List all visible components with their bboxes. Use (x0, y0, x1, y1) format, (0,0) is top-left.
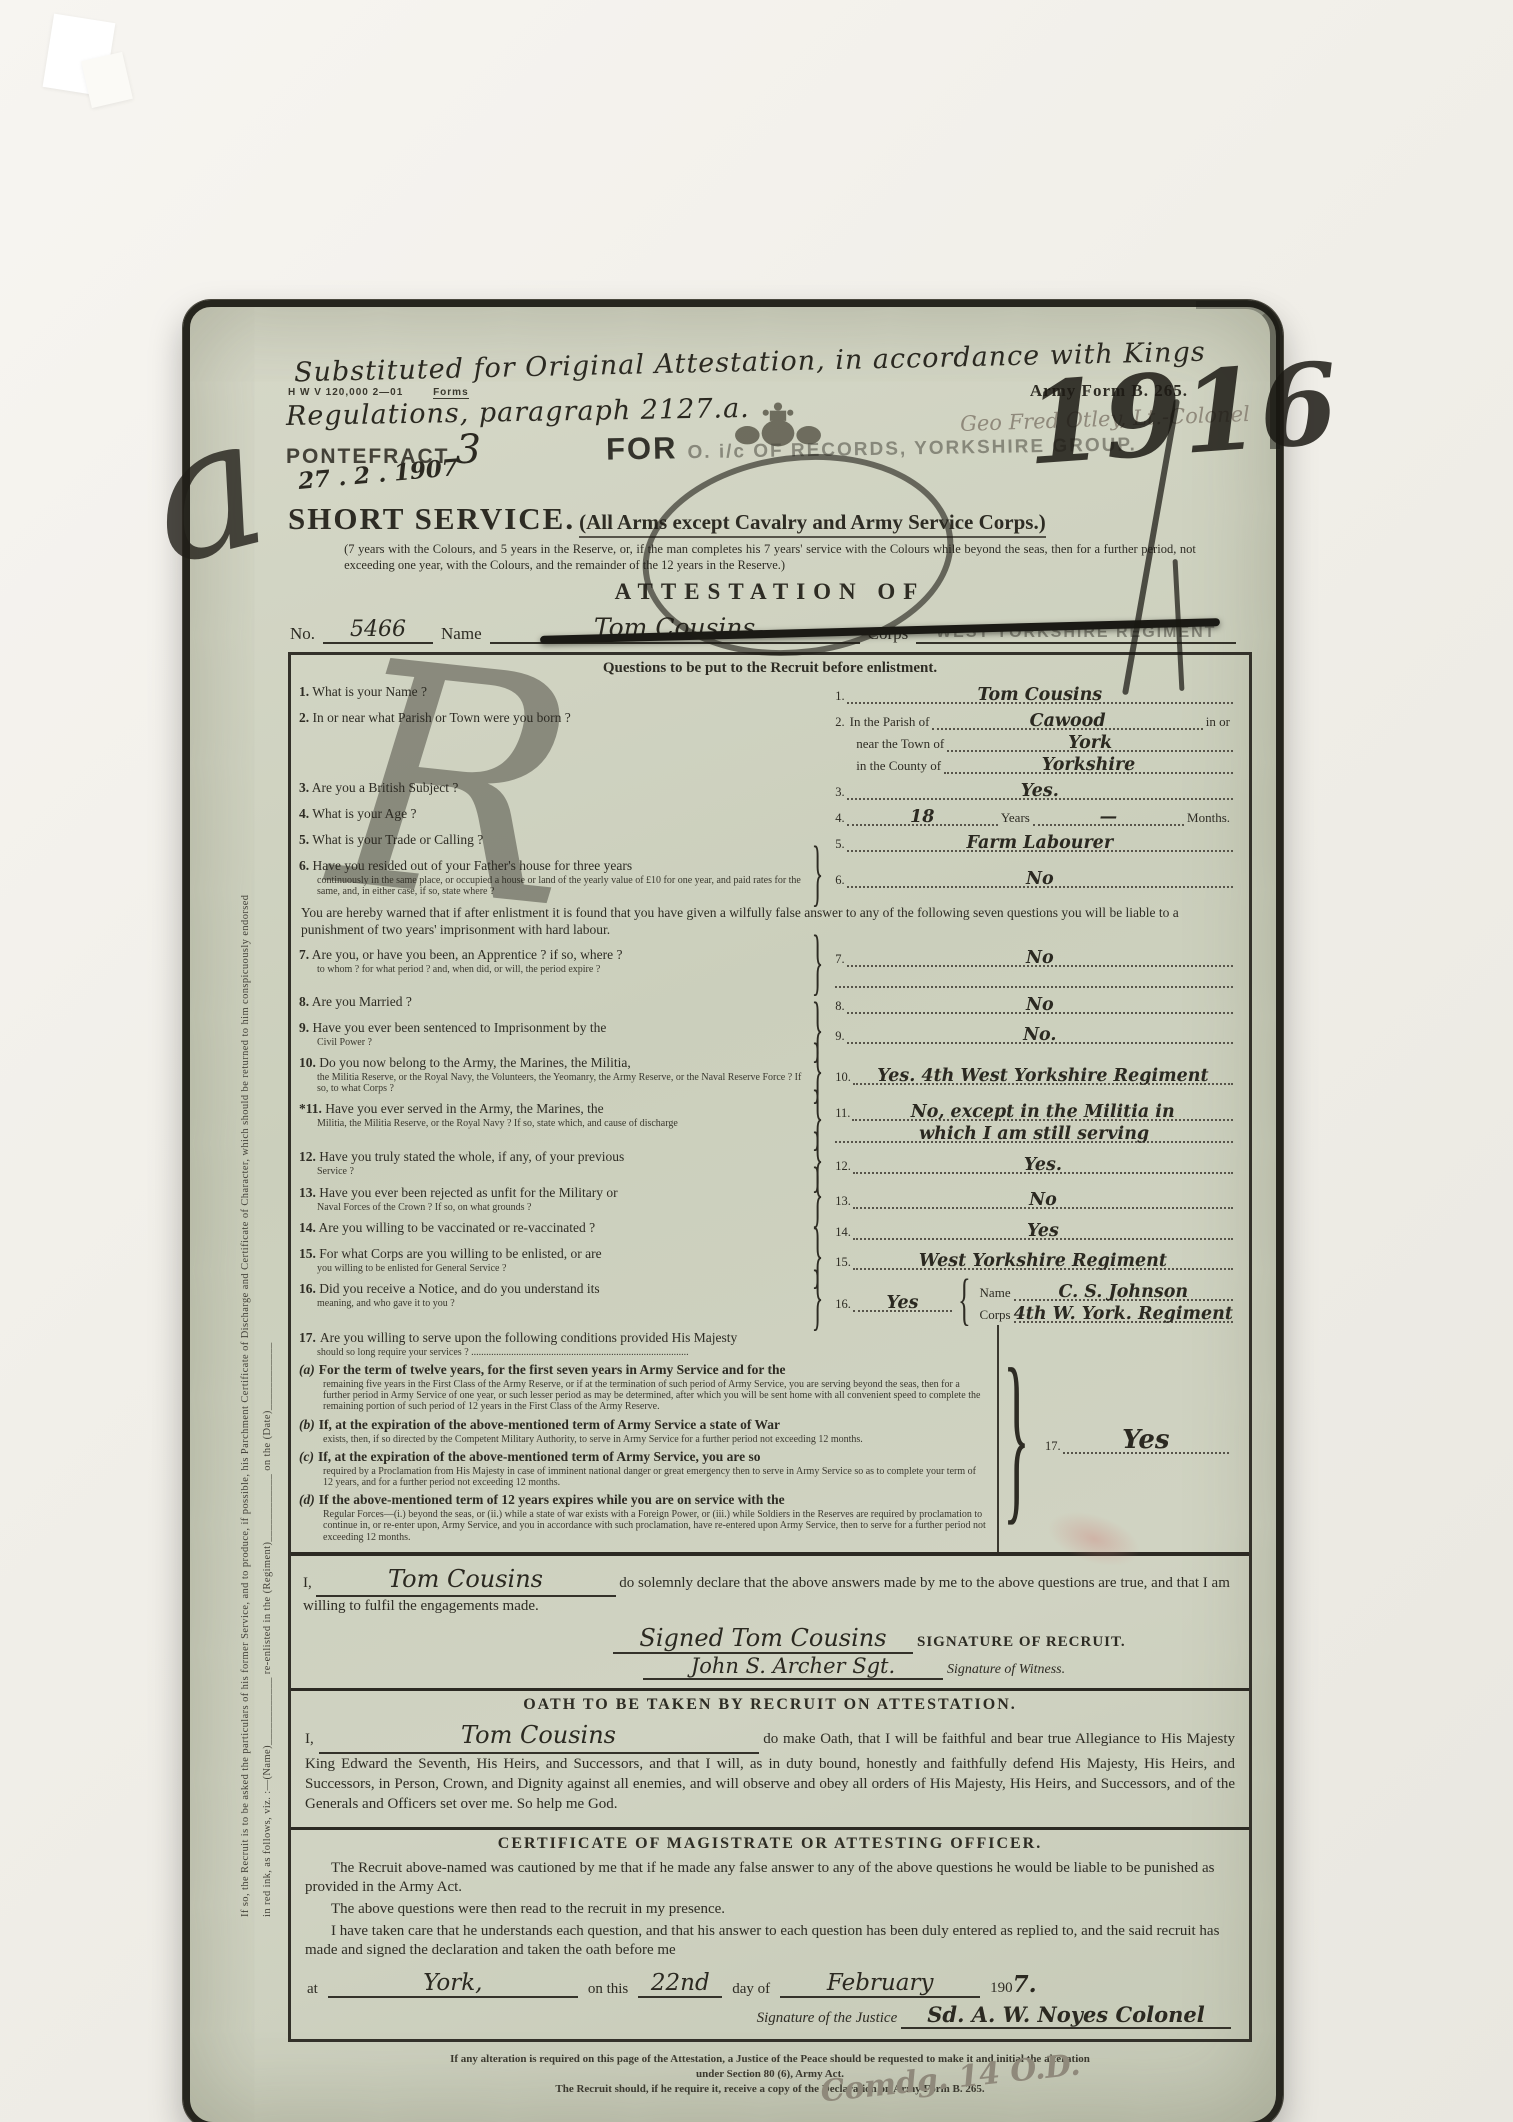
question-cell: 5. What is your Trade or Calling ? (291, 828, 831, 854)
question-text: Have you truly stated the whole, if any,… (316, 1149, 624, 1164)
question-number: 16. (299, 1281, 316, 1296)
question-row: 8. Are you Married ?8.No (291, 990, 1249, 1016)
question-cell: *11. Have you ever served in the Army, t… (291, 1097, 831, 1145)
question-cell: 15. For what Corps are you willing to be… (291, 1242, 831, 1277)
place-value: York, (423, 1970, 482, 1996)
answer-line: Corps4th W. York. Regiment (977, 1301, 1233, 1323)
answer-value: which I am still serving (919, 1124, 1149, 1144)
question-number: 17. (299, 1330, 316, 1345)
answer-dotted-line: York (947, 730, 1233, 752)
answer-number: 16. (835, 1297, 851, 1312)
service-number: 5466 (323, 617, 433, 644)
answer-cell: 10.Yes. 4th West Yorkshire Regiment (831, 1051, 1249, 1097)
question-small-text: Civil Power ? (317, 1037, 805, 1048)
answer-dotted-line: Yes (853, 1218, 1233, 1240)
answer-cell: 15.West Yorkshire Regiment (831, 1242, 1249, 1277)
question-number: 14. (299, 1220, 316, 1235)
condition-lead: If the above-mentioned term of 12 years … (319, 1492, 785, 1507)
justice-signature-line: Signature of the Justice Sd. A. W. Noyes… (291, 2000, 1249, 2039)
warning-text: You are hereby warned that if after enli… (291, 900, 1249, 942)
answer-number: 6. (835, 873, 844, 888)
answer-cell: 4.18Years—Months. (831, 802, 1249, 828)
day-of-label: day of (732, 1981, 770, 1998)
condition-lead: If, at the expiration of the above-menti… (318, 1449, 761, 1464)
question-cell: 16. Did you receive a Notice, and do you… (291, 1277, 831, 1325)
answer-dotted-line: C. S. Johnson (1014, 1279, 1233, 1301)
answer-dotted-line: Yes. (853, 1152, 1233, 1174)
question-small-text: meaning, and who gave it to you ? (317, 1298, 805, 1309)
answer-cell: 12.Yes. (831, 1145, 1249, 1180)
answer-line: 1.Tom Cousins (835, 682, 1233, 704)
answer-number: 5. (835, 837, 844, 852)
question-text: In or near what Parish or Town were you … (309, 710, 571, 725)
answer-value: No (1026, 995, 1054, 1015)
answer-line: 3.Yes. (835, 778, 1233, 800)
condition-label: (d) (299, 1492, 315, 1507)
answer-label: Years (1001, 810, 1030, 826)
footnote: If any alteration is required on this pa… (325, 2052, 1216, 2098)
answer-dotted-line: No (847, 992, 1233, 1014)
question-17-text: 17. Are you willing to serve upon the fo… (299, 1329, 987, 1358)
question-cell: 10. Do you now belong to the Army, the M… (291, 1051, 831, 1097)
question-cell: 8. Are you Married ? (291, 990, 831, 1016)
answer-cell: 7.No (831, 943, 1249, 990)
question-row: 10. Do you now belong to the Army, the M… (291, 1051, 1249, 1097)
answer-number: 17. (1045, 1439, 1061, 1454)
certificate-para1: The Recruit above-named was cautioned by… (305, 1859, 1235, 1897)
answer-cell: 3.Yes. (831, 776, 1249, 802)
question-number: 7. (299, 947, 309, 962)
question-cell: 2. In or near what Parish or Town were y… (291, 706, 831, 776)
print-code: H W V 120,000 2—01 Forms (288, 387, 469, 399)
answer-dotted-line: No (853, 1187, 1233, 1209)
footnote-line3: The Recruit should, if he require it, re… (325, 2082, 1216, 2097)
answer-dotted-line: No (847, 945, 1233, 967)
answer-value: C. S. Johnson (1058, 1282, 1188, 1302)
answer-number: 3. (835, 785, 844, 800)
answer-line: 7.No (835, 945, 1233, 967)
answer-label: Name (980, 1285, 1011, 1301)
question-cell: 7. Are you, or have you been, an Apprent… (291, 943, 831, 990)
year-field: 1907. (990, 1971, 1037, 1998)
footnote-line1: If any alteration is required on this pa… (325, 2052, 1216, 2067)
question-text: What is your Age ? (309, 806, 416, 821)
answer-cell: 6.No (831, 854, 1249, 900)
question-small-text: Service ? (317, 1166, 805, 1177)
terms-of-service: (7 years with the Colours, and 5 years i… (344, 541, 1196, 573)
condition-rest: remaining five years in the First Class … (323, 1379, 987, 1413)
question-number: 12. (299, 1149, 316, 1164)
answer-value: No (1026, 869, 1054, 889)
witness-signature-value: John S. Archer Sgt. (691, 1654, 895, 1678)
question-number: *11. (299, 1101, 322, 1116)
question-cell: 1. What is your Name ? (291, 680, 831, 706)
recruit-signature-line: Signed Tom Cousins SIGNATURE OF RECRUIT. (613, 1624, 1237, 1654)
question-number: 4. (299, 806, 309, 821)
answer-line: 17. Yes (1045, 1422, 1229, 1454)
answer-number: 4. (835, 811, 844, 826)
service-number-value: 5466 (350, 617, 406, 642)
question-row: 13. Have you ever been rejected as unfit… (291, 1181, 1249, 1216)
question-cell: 9. Have you ever been sentenced to Impri… (291, 1016, 831, 1051)
answer-line (835, 967, 1233, 988)
answer-cell: 13.No (831, 1181, 1249, 1216)
oath-name: Tom Cousins (319, 1719, 759, 1753)
question-text: Have you resided out of your Father's ho… (309, 858, 632, 873)
recruit-signature-label: SIGNATURE OF RECRUIT. (917, 1634, 1126, 1650)
answer-label: in the County of (856, 758, 941, 774)
answer-dotted-line: No (847, 866, 1233, 888)
question-small-text: continuously in the same place, or occup… (317, 875, 805, 897)
answer-cell: 16.YesNameC. S. JohnsonCorps4th W. York.… (831, 1277, 1249, 1325)
question-text: Are you Married ? (309, 994, 412, 1009)
stamp-records-text: O. i/c OF RECORDS, YORKSHIRE GROUP. (687, 434, 1137, 463)
question-cell: 4. What is your Age ? (291, 802, 831, 828)
answer-line: NameC. S. Johnson (977, 1279, 1233, 1301)
question-small-text: should so long require your services ? .… (317, 1347, 987, 1358)
answer-line: 8.No (835, 992, 1233, 1014)
question-text: Have you ever been sentenced to Imprison… (309, 1020, 606, 1035)
answer-value: Yes (1027, 1221, 1059, 1241)
condition-rest: required by a Proclamation from His Maje… (323, 1466, 987, 1488)
answer-dotted-line: — (1033, 804, 1184, 826)
answer-value: Yes (886, 1293, 918, 1313)
title-main: SHORT SERVICE. (288, 501, 575, 536)
condition-lead: If, at the expiration of the above-menti… (319, 1417, 780, 1432)
answer-line: 9.No. (835, 1022, 1233, 1044)
photo-of-attestation-form: { "header": { "hand_line1": "Substituted… (0, 0, 1513, 2122)
answer-value: No (1026, 948, 1054, 968)
question-text: Did you receive a Notice, and do you und… (316, 1281, 600, 1296)
answer-dotted-line: 4th W. York. Regiment (1014, 1301, 1233, 1323)
question-row: 1. What is your Name ?1.Tom Cousins (291, 680, 1249, 706)
question-number: 8. (299, 994, 309, 1009)
answer-value: No, except in the Militia in (911, 1102, 1175, 1122)
answer-number: 11. (835, 1106, 850, 1121)
question-row: 3. Are you a British Subject ?3.Yes. (291, 776, 1249, 802)
condition-label: (a) (299, 1362, 315, 1377)
answer-line: 5.Farm Labourer (835, 830, 1233, 852)
answer-line: which I am still serving (835, 1121, 1233, 1143)
answer-label: In the Parish of (850, 714, 930, 730)
answer-dotted-line: Yorkshire (944, 752, 1233, 774)
question-number: 2. (299, 710, 309, 725)
margin-note-outer: If so, the Recruit is to be asked the pa… (240, 617, 251, 1917)
answer-label: near the Town of (856, 736, 944, 752)
brace (958, 1286, 970, 1316)
question-text: What is your Name ? (309, 684, 427, 699)
witness-signature-line: John S. Archer Sgt. Signature of Witness… (643, 1654, 1237, 1680)
answer-value: 4th W. York. Regiment (1014, 1304, 1233, 1324)
answer-line: 12.Yes. (835, 1152, 1233, 1174)
question-row: 14. Are you willing to be vaccinated or … (291, 1216, 1249, 1242)
answer-dotted-line: No. (847, 1022, 1233, 1044)
identity-line: No. 5466 Name Tom Cousins Corps WEST YOR… (290, 613, 1250, 644)
questions-7-16: 7. Are you, or have you been, an Apprent… (291, 943, 1249, 1325)
question-number: 6. (299, 858, 309, 873)
answer-line: near the Town ofYork (853, 730, 1233, 752)
question-text: Are you, or have you been, an Apprentice… (309, 947, 622, 962)
answer-number: 2. (835, 715, 844, 730)
answer-value: Tom Cousins (977, 685, 1102, 705)
declaration-i-label: I, (303, 1575, 312, 1591)
answer-value: Yorkshire (1042, 755, 1136, 775)
answer-number: 9. (835, 1029, 844, 1044)
answer-dotted-line: 18 (847, 804, 998, 826)
condition-label: (c) (299, 1449, 314, 1464)
answer-line: 15.West Yorkshire Regiment (835, 1248, 1233, 1270)
on-this-label: on this (588, 1981, 628, 1998)
question-17-block: 17. Are you willing to serve upon the fo… (291, 1325, 1249, 1552)
answer-cell: 9.No. (831, 1016, 1249, 1051)
answer-value: Yes (1122, 1425, 1169, 1455)
day-field: 22nd (638, 1970, 722, 1998)
signature-section: Signed Tom Cousins SIGNATURE OF RECRUIT.… (291, 1622, 1249, 1688)
question-row: 12. Have you truly stated the whole, if … (291, 1145, 1249, 1180)
justice-signature: Sd. A. W. Noyes Colonel (901, 2002, 1231, 2029)
answer-line: in the County ofYorkshire (853, 752, 1233, 774)
question-text: What is your Trade or Calling ? (309, 832, 483, 847)
records-office-stamp: FORO. i/c OF RECORDS, YORKSHIRE GROUP. (606, 422, 1137, 467)
stamp-for-text: FOR (606, 430, 678, 466)
question-small-text: Naval Forces of the Crown ? If so, on wh… (317, 1202, 805, 1213)
questions-1-6: 1. What is your Name ?1.Tom Cousins2. In… (291, 680, 1249, 900)
answer-dotted-line: which I am still serving (835, 1121, 1233, 1143)
answer-line: 16.Yes (835, 1290, 952, 1312)
certificate-dateline: at York, on this 22nd day of February 19… (291, 1964, 1249, 2000)
month-field: February (780, 1970, 980, 1998)
question-small-text: Militia, the Militia Reserve, or the Roy… (317, 1118, 805, 1129)
answer-cell: 11.No, except in the Militia inwhich I a… (831, 1097, 1249, 1145)
answer-number: 15. (835, 1255, 851, 1270)
answer-line: 2.In the Parish ofCawoodin or (835, 708, 1233, 730)
question-row: 2. In or near what Parish or Town were y… (291, 706, 1249, 776)
condition-label: (b) (299, 1417, 315, 1432)
declaration-name-value: Tom Cousins (388, 1565, 543, 1593)
answer-dotted-line: Yes (1063, 1422, 1229, 1454)
question-row: 6. Have you resided out of your Father's… (291, 854, 1249, 900)
army-form-number: Army Form B. 265. (1030, 381, 1188, 401)
brace (1003, 1438, 1030, 1502)
paper-scrap (81, 52, 133, 108)
question-number: 10. (299, 1055, 316, 1070)
certificate-heading: CERTIFICATE OF MAGISTRATE OR ATTESTING O… (291, 1830, 1249, 1856)
answer-label: Months. (1187, 810, 1230, 826)
answer-cell: 1.Tom Cousins (831, 680, 1249, 706)
answer-number: 14. (835, 1225, 851, 1240)
question-text: Have you ever been rejected as unfit for… (316, 1185, 618, 1200)
question-row: 9. Have you ever been sentenced to Impri… (291, 1016, 1249, 1051)
answer-number: 10. (835, 1070, 851, 1085)
answer-line: 10.Yes. 4th West Yorkshire Regiment (835, 1063, 1233, 1085)
condition-lead: For the term of twelve years, for the fi… (319, 1362, 786, 1377)
question-cell: 13. Have you ever been rejected as unfit… (291, 1181, 831, 1216)
condition-a: (a) For the term of twelve years, for th… (299, 1361, 987, 1413)
justice-signature-value: Sd. A. W. Noyes Colonel (927, 2002, 1205, 2027)
answer-cell: 14.Yes (831, 1216, 1249, 1242)
question-number: 3. (299, 780, 309, 795)
question-row: 16. Did you receive a Notice, and do you… (291, 1277, 1249, 1325)
attestation-document: Substituted for Original Attestation, in… (183, 300, 1283, 2122)
answer-value: Yes. 4th West Yorkshire Regiment (877, 1066, 1208, 1086)
answer-dotted-line: Cawood (932, 708, 1202, 730)
margin-note-inner: in red ink, as follows, viz. :—(Name)___… (262, 867, 273, 1917)
name-label: Name (441, 624, 482, 644)
question-cell: 14. Are you willing to be vaccinated or … (291, 1216, 831, 1242)
answer-number: 8. (835, 999, 844, 1014)
question-small-text: the Militia Reserve, or the Royal Navy, … (317, 1072, 805, 1094)
answer-cell: 2.In the Parish ofCawoodin ornear the To… (831, 706, 1249, 776)
condition-d: (d) If the above-mentioned term of 12 ye… (299, 1491, 987, 1543)
day-value: 22nd (651, 1970, 710, 1996)
answer-value: No. (1023, 1025, 1056, 1045)
questions-table-header: Questions to be put to the Recruit befor… (291, 655, 1249, 680)
oath-heading: OATH TO BE TAKEN BY RECRUIT ON ATTESTATI… (291, 1691, 1249, 1717)
question-text: Do you now belong to the Army, the Marin… (316, 1055, 631, 1070)
answer-label: Corps (980, 1307, 1011, 1323)
witness-signature: John S. Archer Sgt. (643, 1654, 943, 1680)
oath-body: I, Tom Cousins do make Oath, that I will… (291, 1717, 1249, 1822)
question-small-text: you willing to be enlisted for General S… (317, 1263, 805, 1274)
answer-number: 1. (835, 689, 844, 704)
answer-dotted-line: Yes. 4th West Yorkshire Regiment (853, 1063, 1233, 1085)
year-handwritten: 7. (1013, 1971, 1037, 1998)
answer-number: 7. (835, 952, 844, 967)
attestation-heading: ATTESTATION OF (286, 579, 1254, 605)
recruit-signature: Signed Tom Cousins (613, 1624, 913, 1654)
question-text: Are you a British Subject ? (309, 780, 458, 795)
question-row: 4. What is your Age ?4.18Years—Months. (291, 802, 1249, 828)
answer-number: 13. (835, 1194, 851, 1209)
answer-value: Farm Labourer (967, 833, 1114, 853)
at-label: at (307, 1981, 318, 1998)
question-row: 15. For what Corps are you willing to be… (291, 1242, 1249, 1277)
answer-dotted-line: Yes (853, 1290, 952, 1312)
answer-dotted-line: Tom Cousins (847, 682, 1233, 704)
answer-number: 12. (835, 1159, 851, 1174)
recruit-signature-value: Signed Tom Cousins (639, 1624, 886, 1652)
print-code-left: H W V 120,000 2—01 (288, 387, 403, 398)
form-title: SHORT SERVICE. (All Arms except Cavalry … (288, 501, 1254, 537)
answer-value: 18 (910, 807, 934, 827)
declaration-name: Tom Cousins (316, 1564, 616, 1597)
answer-dotted-line: Yes. (847, 778, 1233, 800)
oath-i-label: I, (305, 1731, 314, 1747)
notice-answer: 16.YesNameC. S. JohnsonCorps4th W. York.… (835, 1279, 1233, 1323)
question-cell: 6. Have you resided out of your Father's… (291, 854, 831, 900)
question-row: 7. Are you, or have you been, an Apprent… (291, 943, 1249, 990)
answer-value: West Yorkshire Regiment (919, 1251, 1167, 1271)
certificate-para2: The above questions were then read to th… (305, 1900, 1235, 1919)
document-content: Substituted for Original Attestation, in… (190, 307, 1276, 2122)
pontefract-suffix: 3 (456, 427, 481, 473)
question-cell: 3. Are you a British Subject ? (291, 776, 831, 802)
footnote-line2: under Section 80 (6), Army Act. (325, 2067, 1216, 2082)
answer-line: 14.Yes (835, 1218, 1233, 1240)
answer-value: Cawood (1030, 711, 1106, 731)
answer-line: 4.18Years—Months. (835, 804, 1233, 826)
answer-line: 11.No, except in the Militia in (835, 1099, 1233, 1121)
no-label: No. (290, 624, 315, 644)
answer-cell: 8.No (831, 990, 1249, 1016)
answer-line: 13.No (835, 1187, 1233, 1209)
answer-value: York (1068, 733, 1112, 753)
answer-label: in or (1206, 714, 1230, 730)
answer-value: — (1100, 807, 1118, 827)
justice-label: Signature of the Justice (757, 2010, 898, 2026)
witness-signature-label: Signature of Witness. (947, 1662, 1065, 1677)
condition-rest: Regular Forces—(i.) beyond the seas, or … (323, 1509, 987, 1543)
question-17-conditions: 17. Are you willing to serve upon the fo… (291, 1325, 999, 1552)
question-number: 5. (299, 832, 309, 847)
condition-rest: exists, then, if so directed by the Comp… (323, 1434, 987, 1445)
question-number: 13. (299, 1185, 316, 1200)
answer-dotted-line: Farm Labourer (847, 830, 1233, 852)
brace (812, 877, 824, 904)
question-number: 15. (299, 1246, 316, 1261)
answer-line: 6.No (835, 866, 1233, 888)
question-text: Are you willing to serve upon the follow… (320, 1330, 737, 1345)
question-17-answer: 17. Yes (999, 1325, 1249, 1552)
oath-name-value: Tom Cousins (461, 1721, 616, 1749)
form-header: Substituted for Original Attestation, in… (286, 323, 1254, 501)
year-printed: 190 (990, 1980, 1013, 1996)
place-field: York, (328, 1970, 578, 1998)
answer-dotted-line: West Yorkshire Regiment (853, 1248, 1233, 1270)
answer-dotted-line: No, except in the Militia in (852, 1099, 1233, 1121)
condition-c: (c) If, at the expiration of the above-m… (299, 1448, 987, 1488)
answer-value: Yes. (1024, 1155, 1062, 1175)
question-row: *11. Have you ever served in the Army, t… (291, 1097, 1249, 1145)
question-small-text: to whom ? for what period ? and, when di… (317, 964, 805, 975)
question-row: 5. What is your Trade or Calling ?5.Farm… (291, 828, 1249, 854)
month-value: February (827, 1970, 934, 1996)
question-number: 1. (299, 684, 309, 699)
question-number: 9. (299, 1020, 309, 1035)
questions-table: Questions to be put to the Recruit befor… (288, 652, 1252, 2042)
answer-value: Yes. (1021, 781, 1059, 801)
question-text: Are you willing to be vaccinated or re-v… (316, 1220, 595, 1235)
answer-cell: 5.Farm Labourer (831, 828, 1249, 854)
question-cell: 12. Have you truly stated the whole, if … (291, 1145, 831, 1180)
certificate-para3: I have taken care that he understands ea… (305, 1922, 1235, 1960)
brace (812, 1301, 824, 1328)
answer-dotted-line (835, 986, 1233, 988)
oath-section: OATH TO BE TAKEN BY RECRUIT ON ATTESTATI… (291, 1688, 1249, 1826)
title-sub: (All Arms except Cavalry and Army Servic… (579, 510, 1046, 538)
question-text: Have you ever served in the Army, the Ma… (322, 1101, 604, 1116)
question-text: For what Corps are you willing to be enl… (316, 1246, 602, 1261)
certificate-section: CERTIFICATE OF MAGISTRATE OR ATTESTING O… (291, 1827, 1249, 2039)
answer-value: No (1029, 1190, 1057, 1210)
declaration-section: I, Tom Cousins do solemnly declare that … (291, 1552, 1249, 1623)
condition-b: (b) If, at the expiration of the above-m… (299, 1416, 987, 1445)
